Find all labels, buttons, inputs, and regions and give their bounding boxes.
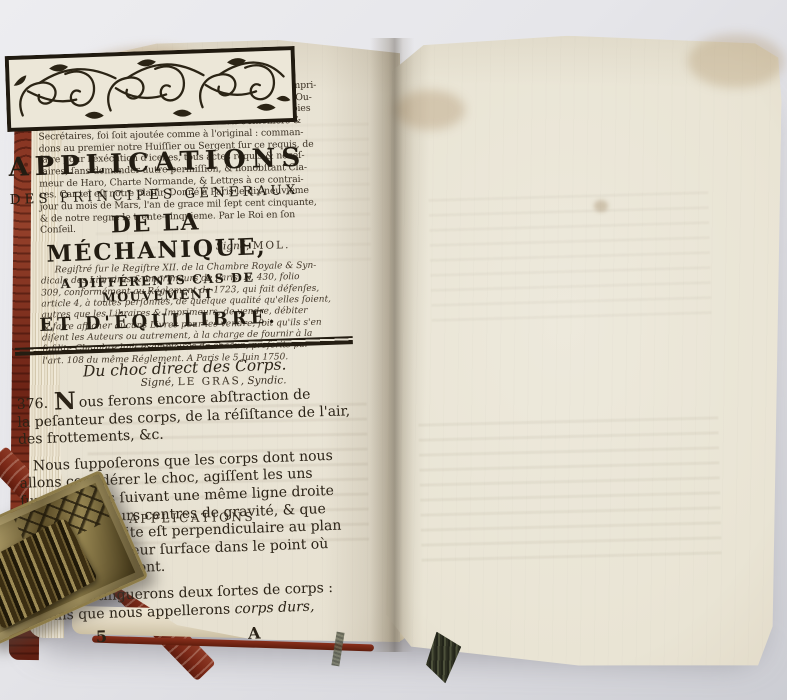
paragraph-number: 376. bbox=[17, 396, 49, 413]
gathering-signature: A bbox=[248, 624, 261, 643]
title-block: APPLICATIONS DES PRINCIPES GÉNÉRAUX DE L… bbox=[8, 143, 304, 337]
book-photograph: viij chement. Voulons que la copie des P… bbox=[0, 0, 787, 700]
title-line-3: DE LA MÉCHANIQUE, bbox=[10, 205, 302, 269]
showthrough-texture bbox=[418, 411, 722, 568]
italic-term: corps durs, bbox=[234, 598, 314, 617]
title-line-5: ET D'ÉQUILIBRE. bbox=[14, 306, 305, 337]
paragraph-376: 376.Nous ferons encore abſtraction de la… bbox=[16, 382, 356, 450]
press-figure: 5 bbox=[96, 627, 108, 646]
gutter-shadow bbox=[370, 38, 414, 652]
title-line-4: A DIFFÉRENTS CAS DE MOUVEMENT bbox=[12, 268, 303, 308]
foliate-headpiece-icon bbox=[5, 46, 297, 132]
title-line-2: DES PRINCIPES GÉNÉRAUX bbox=[9, 182, 299, 208]
showthrough-texture bbox=[428, 181, 712, 329]
section-heading: Du choc direct des Corps. bbox=[15, 353, 353, 383]
drop-initial: N bbox=[47, 386, 79, 416]
title-line-1: APPLICATIONS bbox=[8, 143, 299, 183]
right-page bbox=[384, 33, 783, 670]
stain bbox=[688, 34, 784, 88]
title-rule bbox=[15, 336, 353, 356]
